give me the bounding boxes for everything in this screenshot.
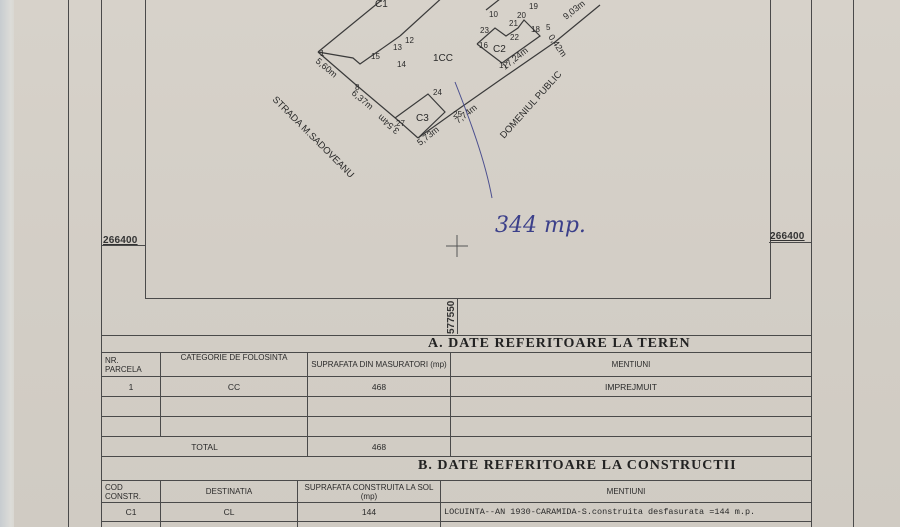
svg-text:14: 14 (397, 60, 406, 69)
svg-text:18: 18 (531, 25, 540, 34)
svg-text:22: 22 (510, 33, 519, 42)
header-suprafata-construita: SUPRAFATA CONSTRUITA LA SOL (mp) (298, 481, 441, 503)
svg-text:12: 12 (405, 36, 414, 45)
cell-mentiuni (451, 417, 812, 437)
coord-tick-bottom (457, 298, 458, 334)
header-cod-constr: COD CONSTR. (102, 481, 161, 503)
header-categorie: CATEGORIE DE FOLOSINTA (161, 353, 308, 377)
total-row: TOTAL 468 (102, 437, 812, 457)
header-mentiuni-b: MENTIUNI (441, 481, 812, 503)
table-row (102, 417, 812, 437)
total-mentiuni (451, 437, 812, 457)
total-value: 468 (308, 437, 451, 457)
total-label: TOTAL (102, 437, 308, 457)
svg-text:23: 23 (480, 26, 489, 35)
svg-text:DOMENIUL PUBLIC: DOMENIUL PUBLIC (498, 69, 564, 141)
cell-nr (102, 417, 161, 437)
cell-mentiuni-b: LOCUINTA--AN 1930-CARAMIDA-S.construita … (441, 503, 812, 522)
svg-text:6,37m: 6,37m (350, 88, 376, 112)
svg-text:20: 20 (517, 11, 526, 20)
building-label-c3: C3 (416, 113, 429, 124)
handwritten-area: 344 mp. (495, 213, 586, 238)
parcel-drawing: 1 8 10 12 13 14 15 16 17 18 19 20 21 22 … (0, 0, 900, 300)
svg-text:10: 10 (489, 10, 498, 19)
cell-categorie (161, 417, 308, 437)
cell-categorie (161, 397, 308, 417)
svg-text:STRADA M.SADOVEANU: STRADA M.SADOVEANU (270, 94, 356, 180)
svg-text:13: 13 (393, 43, 402, 52)
svg-text:15: 15 (371, 52, 380, 61)
svg-text:19: 19 (529, 2, 538, 11)
table-row: 1 CC 468 IMPREJMUIT (102, 377, 812, 397)
svg-text:5: 5 (546, 23, 551, 32)
cell-nr (102, 397, 161, 417)
cell-destinatia: CL (161, 503, 298, 522)
table-row: C1 CL 144 LOCUINTA--AN 1930-CARAMIDA-S.c… (102, 503, 812, 522)
parcel-label: 1CC (433, 53, 453, 64)
land-data-table: NR. PARCELA CATEGORIE DE FOLOSINTA SUPRA… (101, 352, 812, 457)
building-label-c2: C2 (493, 44, 506, 55)
table-row-partial (102, 522, 812, 527)
svg-text:24: 24 (433, 88, 442, 97)
section-a-title: A. DATE REFERITOARE LA TEREN (428, 336, 691, 352)
cell-nr: 1 (102, 377, 161, 397)
svg-text:7,74m: 7,74m (453, 102, 479, 125)
construction-data-table: COD CONSTR. DESTINATIA SUPRAFATA CONSTRU… (101, 480, 812, 527)
svg-text:16: 16 (479, 41, 488, 50)
header-destinatia: DESTINATIA (161, 481, 298, 503)
cell-mentiuni: IMPREJMUIT (451, 377, 812, 397)
section-b-title: B. DATE REFERITOARE LA CONSTRUCTII (418, 458, 737, 474)
header-mentiuni: MENTIUNI (451, 353, 812, 377)
building-label-c1: C1 (375, 0, 388, 10)
cell-mentiuni (451, 397, 812, 417)
cell-suprafata (308, 397, 451, 417)
coord-x-bottom: 577550 (446, 301, 457, 334)
header-nr-parcela: NR. PARCELA (102, 353, 161, 377)
cell-categorie: CC (161, 377, 308, 397)
cell-suprafata (308, 417, 451, 437)
cell-cod: C1 (102, 503, 161, 522)
cell-suprafata-construita: 144 (298, 503, 441, 522)
cell-suprafata: 468 (308, 377, 451, 397)
table-row (102, 397, 812, 417)
header-suprafata: SUPRAFATA DIN MASURATORI (mp) (308, 353, 451, 377)
svg-text:21: 21 (509, 19, 518, 28)
